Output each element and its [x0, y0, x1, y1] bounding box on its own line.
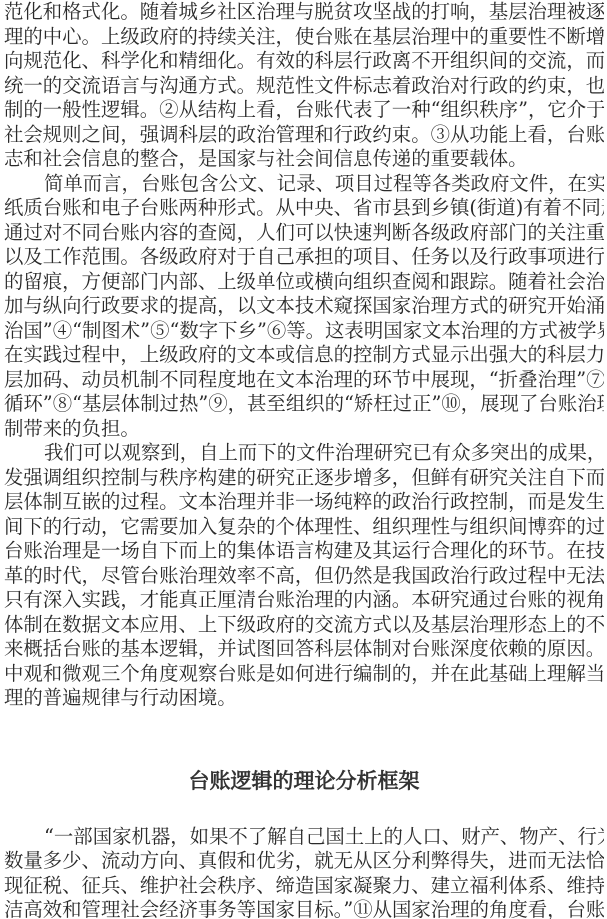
text-line: 循环”⑧“基层体制过热”⑨，甚至组织的“矫枉过正”⑩，展现了台账治理形式给体 — [4, 392, 604, 417]
text-line: 只有深入实践，才能真正厘清台账治理的内涵。本研究通过台账的视角理解当前科层 — [4, 588, 604, 613]
text-line: 发强调组织控制与秩序构建的研究正逐步增多，但鲜有研究关注自下而上的文件与科 — [4, 466, 604, 491]
text-line: 来概括台账的基本逻辑，并试图回答科层体制对台账深度依赖的原因。本文将从宏观、 — [4, 637, 604, 662]
paragraph-2: 简单而言，台账包含公文、记录、项目过程等各类政府文件，在实际使用中包含 纸质台账… — [4, 172, 604, 442]
text-line: 中观和微观三个角度观察台账是如何进行编制的，并在此基础上理解当前政府技术治 — [4, 662, 604, 687]
text-line: 层体制互嵌的过程。文本治理并非一场纯粹的政治行政控制，而是发生在具体治理空 — [4, 490, 604, 515]
text-line: 数量多少、流动方向、真假和优劣，就无从区分利弊得失，进而无法恰当行动，实 — [4, 849, 604, 874]
text-line: 以及工作范围。各级政府对于自己承担的项目、任务以及行政事项进行电子或纸质版 — [4, 245, 604, 270]
document-page: 范化和格式化。随着城乡社区治理与脱贫攻坚战的打响，基层治理被逐步置于规范管 理的… — [4, 0, 604, 919]
text-line: “一部国家机器，如果不了解自己国土上的人口、财产、物产、行为和事务的 — [4, 825, 604, 850]
text-line: 台账治理是一场自下而上的集体语言构建及其运行合理化的环节。在技术治理飞速变 — [4, 539, 604, 564]
text-line: 纸质台账和电子台账两种形式。从中央、省市县到乡镇(街道)有着不同形式的台账， — [4, 196, 604, 221]
text-line: 加与纵向行政要求的提高，以文本技术窥探国家治理方式的研究开始涌现，如“文件 — [4, 294, 604, 319]
text-line: 现征税、征兵、维护社会秩序、缔造国家凝聚力、建立福利体系、维持官僚机构廉 — [4, 874, 604, 899]
paragraph-3: 我们可以观察到，自上而下的文件治理研究已有众多突出的成果，从国家角度出 发强调组… — [4, 441, 604, 711]
text-line: 理的普遍规律与行动困境。 — [4, 686, 604, 711]
paragraph-4: “一部国家机器，如果不了解自己国土上的人口、财产、物产、行为和事务的 数量多少、… — [4, 825, 604, 919]
text-line: 志和社会信息的整合，是国家与社会间信息传递的重要载体。 — [4, 147, 604, 172]
text-line: 在实践过程中，上级政府的文本或信息的控制方式显示出强大的科层力量，政府的层 — [4, 343, 604, 368]
spacer — [4, 801, 604, 825]
text-line: 范化和格式化。随着城乡社区治理与脱贫攻坚战的打响，基层治理被逐步置于规范管 — [4, 0, 604, 25]
text-line: 体制在数据文本应用、上下级政府的交流方式以及基层治理形态上的不同表现，以此 — [4, 613, 604, 638]
text-line: 的留痕，方便部门内部、上级单位或横向组织查阅和跟踪。随着社会治理复杂性的增 — [4, 270, 604, 295]
text-line: 层加码、动员机制不同程度地在文本治理的环节中展现，“折叠治理”⑦“负担周期 — [4, 368, 604, 393]
text-line: 革的时代，尽管台账治理效率不高，但仍然是我国政治行政过程中无法舍弃的方式。 — [4, 564, 604, 589]
text-line: 治国”④“制图术”⑤“数字下乡”⑥等。这表明国家文本治理的方式被学界所关注。 — [4, 319, 604, 344]
text-line: 简单而言，台账包含公文、记录、项目过程等各类政府文件，在实际使用中包含 — [4, 172, 604, 197]
text-line: 通过对不同台账内容的查阅，人们可以快速判断各级政府部门的关注重点、绩效情况 — [4, 221, 604, 246]
text-line: 向规范化、科学化和精细化。有效的科层行政离不开组织间的交流，而组织交流依赖 — [4, 49, 604, 74]
text-line: 统一的交流语言与沟通方式。规范性文件标志着政治对行政的约束，也构成了权威体 — [4, 74, 604, 99]
section-heading: 台账逻辑的理论分析框架 — [4, 761, 604, 801]
spacer — [4, 711, 604, 761]
text-line: 洁高效和管理社会经济事务等国家目标。”⑪从国家治理的角度看，台账是必不可 — [4, 898, 604, 919]
text-line: 制的一般性逻辑。②从结构上看，台账代表了一种“组织秩序”，它介于法律秩序和 — [4, 98, 604, 123]
paragraph-1: 范化和格式化。随着城乡社区治理与脱贫攻坚战的打响，基层治理被逐步置于规范管 理的… — [4, 0, 604, 172]
text-line: 间下的行动，它需要加入复杂的个体理性、组织理性与组织间博弈的过程。抽象来看， — [4, 515, 604, 540]
text-line: 我们可以观察到，自上而下的文件治理研究已有众多突出的成果，从国家角度出 — [4, 441, 604, 466]
text-line: 理的中心。上级政府的持续关注，使台账在基层治理中的重要性不断增加，并逐步走 — [4, 25, 604, 50]
text-line: 制带来的负担。 — [4, 417, 604, 442]
text-line: 社会规则之间，强调科层的政治管理和行政约束。③从功能上看，台账实现了国家意 — [4, 123, 604, 148]
